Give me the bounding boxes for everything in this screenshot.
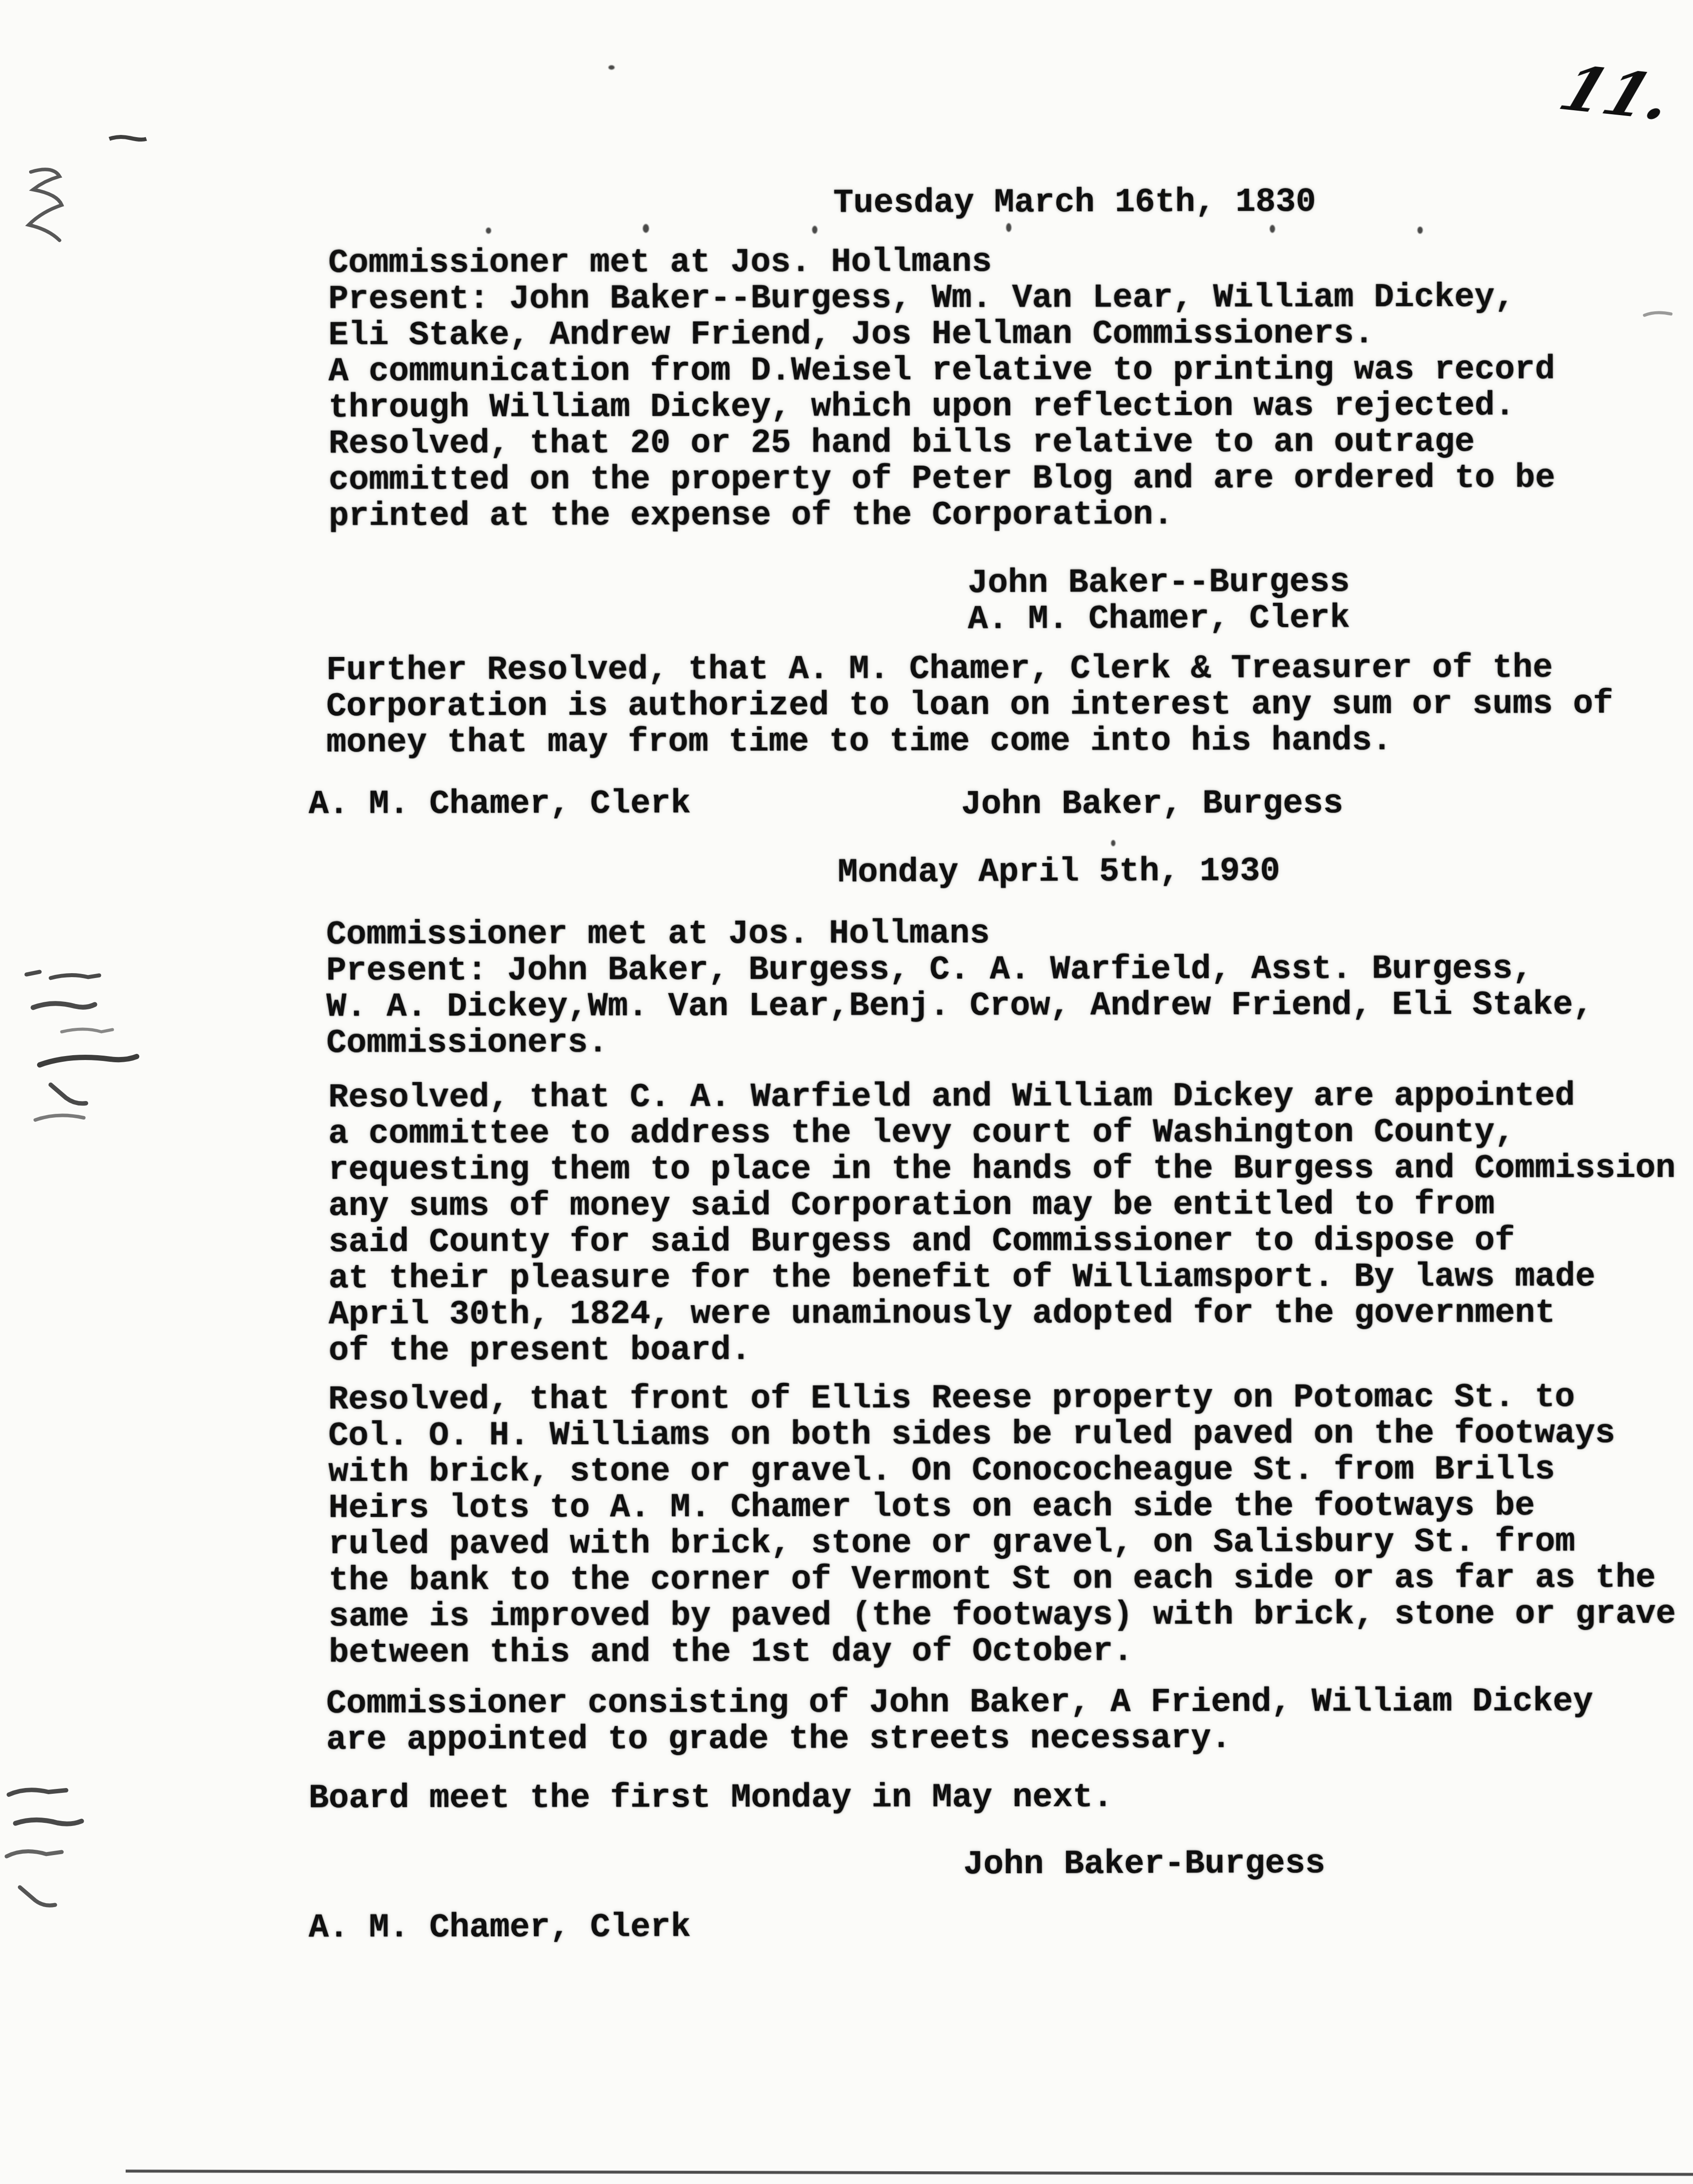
resolved-footways-paragraph: Resolved, that front of Ellis Reese prop… — [328, 1379, 1676, 1671]
scan-smudge-top-left — [106, 130, 150, 148]
ink-speck — [1006, 223, 1011, 232]
scan-smudge-bottom-left — [0, 1781, 115, 1923]
ink-speck — [643, 224, 649, 233]
signature-clerk-left: A. M. Chamer, Clerk — [309, 785, 691, 822]
scan-speck-right-margin — [1640, 304, 1680, 326]
ink-speck — [812, 226, 817, 234]
page-number: 11. — [1551, 53, 1683, 134]
scan-squiggle-left-margin — [18, 163, 75, 256]
resolved-levy-court-paragraph: Resolved, that C. A. Warfield and Willia… — [328, 1078, 1676, 1369]
signature-block-burgess-clerk: John Baker--Burgess A. M. Chamer, Clerk — [968, 564, 1350, 637]
scanned-minutes-page: 11. Tuesday March 16th, 1830 Commissione… — [0, 0, 1693, 2184]
board-meeting-note: Board meet the first Monday in May next. — [309, 1779, 1113, 1817]
ink-speck — [608, 65, 615, 70]
ink-speck — [486, 228, 491, 234]
minutes-paragraph-march: Commissioner met at Jos. Hollmans Presen… — [328, 243, 1555, 534]
ink-speck — [1270, 225, 1275, 233]
scan-smudge-mid-left — [9, 966, 194, 1133]
further-resolved-paragraph: Further Resolved, that A. M. Chamer, Cle… — [326, 650, 1613, 761]
minutes-paragraph-april-present: Commissioner met at Jos. Hollmans Presen… — [326, 914, 1593, 1061]
ink-speck — [1417, 227, 1423, 234]
meeting-heading-april: Monday April 5th, 1930 — [838, 853, 1280, 891]
meeting-heading-march: Tuesday March 16th, 1830 — [833, 184, 1316, 221]
ink-speck — [1111, 840, 1115, 846]
page-bottom-rule — [126, 2169, 1693, 2176]
signature-burgess-right: John Baker, Burgess — [961, 785, 1343, 822]
commissioner-grading-paragraph: Commissioner consisting of John Baker, A… — [326, 1683, 1593, 1758]
closing-signature-clerk: A. M. Chamer, Clerk — [309, 1909, 691, 1946]
closing-signature-burgess: John Baker-Burgess — [963, 1845, 1325, 1883]
